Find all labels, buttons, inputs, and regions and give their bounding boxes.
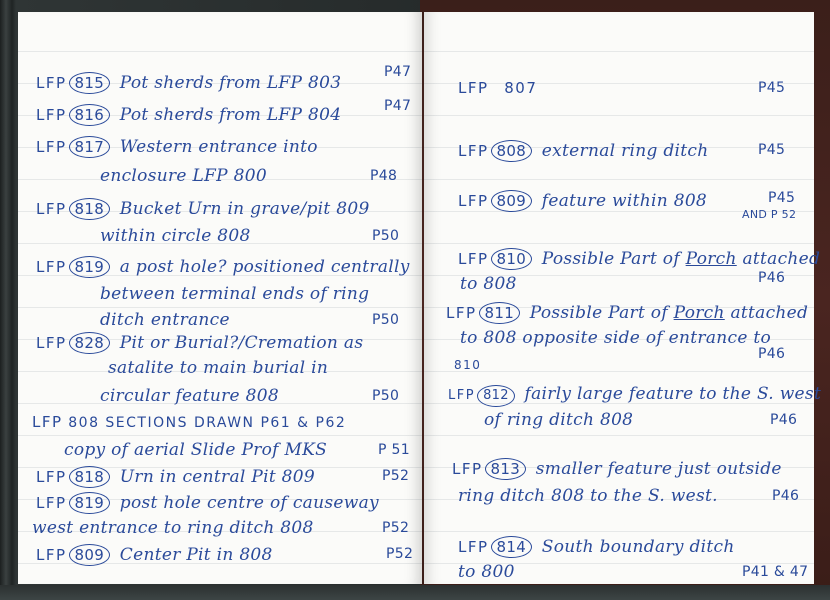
page-ref: P47	[384, 64, 411, 80]
circled-number: 817	[69, 136, 111, 158]
entry-818-urn: LFP818 Urn in central Pit 809 P52	[36, 466, 315, 488]
entry-815: LFP815 Pot sherds from LFP 803 P47	[36, 72, 341, 94]
entry-prefix: LFP	[458, 142, 489, 160]
entry-text: smaller feature just outside	[536, 459, 782, 479]
entry-text: feature within 808	[542, 191, 707, 211]
entry-prefix: LFP	[448, 388, 475, 403]
circled-number: 809	[69, 544, 111, 566]
circled-number: 816	[69, 104, 111, 126]
page-ref: P45	[758, 142, 785, 158]
circled-number: 828	[69, 332, 111, 354]
page-ref: P46	[758, 346, 785, 362]
entry-text: Pot sherds from LFP 804	[120, 105, 342, 125]
entry-text: Possible Part of Porch attached	[530, 303, 808, 323]
entry-text: circular feature 808	[100, 386, 279, 406]
circled-number: 811	[479, 302, 521, 324]
entry-text: Pit or Burial?/Cremation as	[120, 333, 364, 353]
entry-text: fairly large feature to the S. west	[525, 384, 822, 404]
circled-number: 819	[69, 256, 111, 278]
entry-813: LFP813 smaller feature just outside	[452, 458, 782, 480]
circled-number: 810	[491, 248, 533, 270]
entry-text: to 808	[460, 274, 517, 294]
entry-808: LFP808 external ring ditch P45	[458, 140, 709, 162]
entry-813-continued: ring ditch 808 to the S. west. P46	[458, 486, 718, 506]
page-ref: P41 & 47	[742, 564, 808, 580]
table-surface	[0, 585, 830, 600]
entry-808-sections: LFP 808 SECTIONS DRAWN P61 & P62	[32, 412, 346, 432]
circled-number: 813	[485, 458, 527, 480]
entry-prefix: LFP	[36, 200, 67, 218]
circled-number: 818	[69, 198, 111, 220]
entry-text: west entrance to ring ditch 808	[32, 518, 314, 538]
circled-number: 814	[491, 536, 533, 558]
entry-text: Center Pit in 808	[120, 545, 273, 565]
entry-prefix: LFP	[458, 192, 489, 210]
entry-prefix: LFP	[36, 74, 67, 92]
entry-818: LFP818 Bucket Urn in grave/pit 809	[36, 198, 370, 220]
entry-prefix: LFP	[36, 494, 67, 512]
entry-text: Western entrance into	[120, 137, 318, 157]
entry-text: 808 SECTIONS DRAWN P61 & P62	[68, 415, 346, 431]
entry-text: ditch entrance	[100, 310, 230, 330]
entry-810: LFP810 Possible Part of Porch attached	[458, 248, 820, 270]
entry-text: within circle 808	[100, 226, 251, 246]
entry-807: LFP 807 P45	[458, 78, 537, 98]
page-ref: P46	[772, 488, 799, 504]
entry-text: Urn in central Pit 809	[120, 467, 315, 487]
right-page: LFP 807 P45 LFP808 external ring ditch P…	[424, 12, 814, 584]
circled-number: 818	[69, 466, 111, 488]
entry-prefix: LFP	[452, 460, 483, 478]
page-ref-extra: AND P 52	[742, 208, 796, 221]
entry-text: copy of aerial Slide Prof MKS	[64, 440, 327, 460]
entry-811-continued: to 808 opposite side of entrance to	[460, 328, 771, 348]
page-ref: P50	[372, 388, 399, 404]
entry-prefix: LFP	[458, 250, 489, 268]
entry-819-post-hole: LFP819 post hole centre of causeway	[36, 492, 379, 514]
circled-number: 812	[477, 385, 515, 407]
entry-aerial-slide: copy of aerial Slide Prof MKS P 51	[64, 440, 327, 460]
page-ref: P 51	[378, 442, 410, 458]
entry-text: a post hole? positioned centrally	[120, 257, 410, 277]
circled-number: 819	[69, 492, 111, 514]
entry-text: to 800	[458, 562, 515, 582]
entry-812: LFP812 fairly large feature to the S. we…	[448, 384, 821, 407]
entry-816: LFP816 Pot sherds from LFP 804 P47	[36, 104, 341, 126]
entry-810-continued: to 808 P46	[460, 274, 517, 294]
entry-text: South boundary ditch	[542, 537, 735, 557]
entry-828-continued: satalite to main burial in	[108, 358, 328, 378]
page-ref: P45	[758, 80, 785, 96]
entry-809-center-pit: LFP809 Center Pit in 808 P52	[36, 544, 273, 566]
page-ref: P52	[386, 546, 413, 562]
entry-prefix: LFP	[36, 546, 67, 564]
entry-819-post-hole-continued: west entrance to ring ditch 808 P52	[32, 518, 314, 538]
entry-812-continued: of ring ditch 808 P46	[484, 410, 633, 430]
entry-prefix: LFP	[32, 413, 63, 431]
entry-text: ring ditch 808 to the S. west.	[458, 486, 718, 506]
entry-text: Bucket Urn in grave/pit 809	[120, 199, 370, 219]
entry-prefix: LFP	[36, 334, 67, 352]
page-ref: P52	[382, 520, 409, 536]
page-ref: P50	[372, 228, 399, 244]
page-ref: P48	[370, 168, 397, 184]
entry-811: LFP811 Possible Part of Porch attached	[446, 302, 808, 324]
entry-prefix: LFP	[36, 468, 67, 486]
entry-text: external ring ditch	[542, 141, 709, 161]
page-ref: P52	[382, 468, 409, 484]
entry-814-continued: to 800 P41 & 47	[458, 562, 515, 582]
entry-prefix: LFP	[458, 538, 489, 556]
page-ref: P45	[768, 190, 795, 206]
entry-818-continued: within circle 808 P50	[100, 226, 251, 246]
entry-text: Possible Part of Porch attached	[542, 249, 820, 269]
page-ref: P46	[758, 270, 785, 286]
circled-number: 808	[491, 140, 533, 162]
entry-811-continued-2: 810 P46	[454, 354, 481, 374]
entry-817-continued: enclosure LFP 800 P48	[100, 166, 267, 186]
page-ref: P50	[372, 312, 399, 328]
circled-number: 809	[491, 190, 533, 212]
entry-prefix: LFP	[446, 304, 477, 322]
entry-819-continued-2: ditch entrance P50	[100, 310, 230, 330]
entry-prefix: LFP	[36, 258, 67, 276]
entry-prefix: LFP	[36, 138, 67, 156]
entry-text: enclosure LFP 800	[100, 166, 267, 186]
left-page: LFP815 Pot sherds from LFP 803 P47 LFP81…	[18, 12, 422, 584]
entry-817: LFP817 Western entrance into	[36, 136, 318, 158]
entry-prefix: LFP	[36, 106, 67, 124]
entry-prefix: LFP	[458, 79, 489, 97]
entry-828: LFP828 Pit or Burial?/Cremation as	[36, 332, 363, 354]
entry-text: satalite to main burial in	[108, 358, 328, 378]
entry-text: to 808 opposite side of entrance to	[460, 328, 771, 348]
page-ref: P47	[384, 98, 411, 114]
entry-819-continued: between terminal ends of ring	[100, 284, 369, 304]
entry-text: Pot sherds from LFP 803	[120, 73, 342, 93]
entry-809: LFP809 feature within 808 P45 AND P 52	[458, 190, 707, 212]
entry-819: LFP819 a post hole? positioned centrally	[36, 256, 410, 278]
entry-number: 807	[504, 79, 537, 97]
entry-814: LFP814 South boundary ditch	[458, 536, 735, 558]
circled-number: 815	[69, 72, 111, 94]
entry-text: post hole centre of causeway	[120, 493, 379, 513]
entry-828-continued-2: circular feature 808 P50	[100, 386, 279, 406]
entry-text: of ring ditch 808	[484, 410, 633, 430]
entry-text: 810	[454, 358, 481, 372]
page-ref: P46	[770, 412, 797, 428]
entry-text: between terminal ends of ring	[100, 284, 369, 304]
